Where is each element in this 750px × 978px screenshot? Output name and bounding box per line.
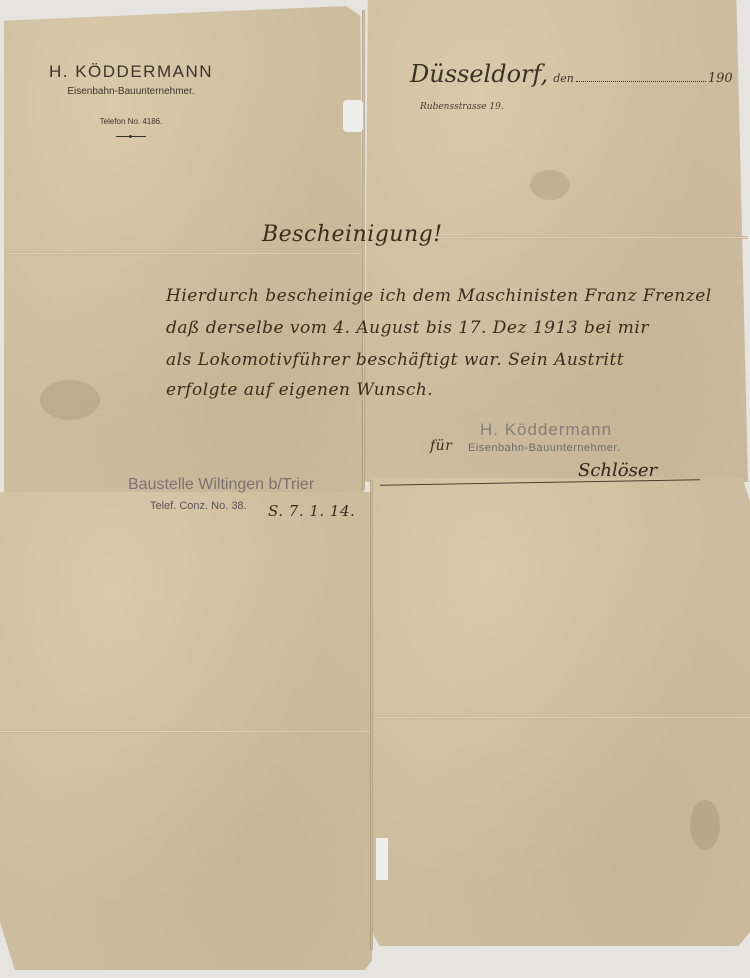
signature-prefix: für <box>430 438 452 454</box>
handwritten-line-1: Hierdurch bescheinige ich dem Maschinist… <box>166 286 712 306</box>
street-address: Rubensstrasse 19. <box>420 102 504 112</box>
fold-crease <box>0 730 372 733</box>
company-phone: Telefon No. 4186. <box>36 117 226 126</box>
paper-tear <box>376 838 388 880</box>
paper-panel-bottom-right <box>372 478 750 946</box>
fold-crease <box>370 480 373 950</box>
place-date-line: Düsseldorf, den190 <box>410 60 733 88</box>
stain <box>530 170 570 200</box>
handwritten-line-3: als Lokomotivführer beschäftigt war. Sei… <box>166 350 624 370</box>
company-name: H. KÖDDERMANN <box>36 62 226 82</box>
fold-crease <box>372 716 750 719</box>
year-prefix: 190 <box>708 71 733 86</box>
ornament-rule <box>116 136 146 137</box>
fold-crease <box>4 252 364 255</box>
fold-crease <box>362 10 365 490</box>
date-blank <box>576 81 706 82</box>
location-stamp: Baustelle Wiltingen b/Trier <box>128 476 314 494</box>
stain <box>690 800 720 850</box>
handwritten-title: Bescheinigung! <box>262 222 443 247</box>
company-stamp-trade: Eisenbahn-Bauunternehmer. <box>468 442 621 454</box>
handwritten-line-4: erfolgte auf eigenen Wunsch. <box>166 380 433 400</box>
stain <box>40 380 100 420</box>
handwritten-line-2: daß derselbe vom 4. August bis 17. Dez 1… <box>166 318 649 338</box>
letterhead: H. KÖDDERMANN Eisenbahn-Bauunternehmer. … <box>36 62 226 137</box>
company-stamp-name: H. Köddermann <box>480 420 612 440</box>
company-trade: Eisenbahn-Bauunternehmer. <box>36 86 226 97</box>
date-label: den <box>553 72 574 85</box>
handwritten-date: S. 7. 1. 14. <box>268 502 355 520</box>
paper-hole <box>343 100 363 132</box>
signature: Schlöser <box>578 460 657 481</box>
location-stamp-phone: Telef. Conz. No. 38. <box>150 500 247 512</box>
city-name: Düsseldorf, <box>410 60 548 88</box>
